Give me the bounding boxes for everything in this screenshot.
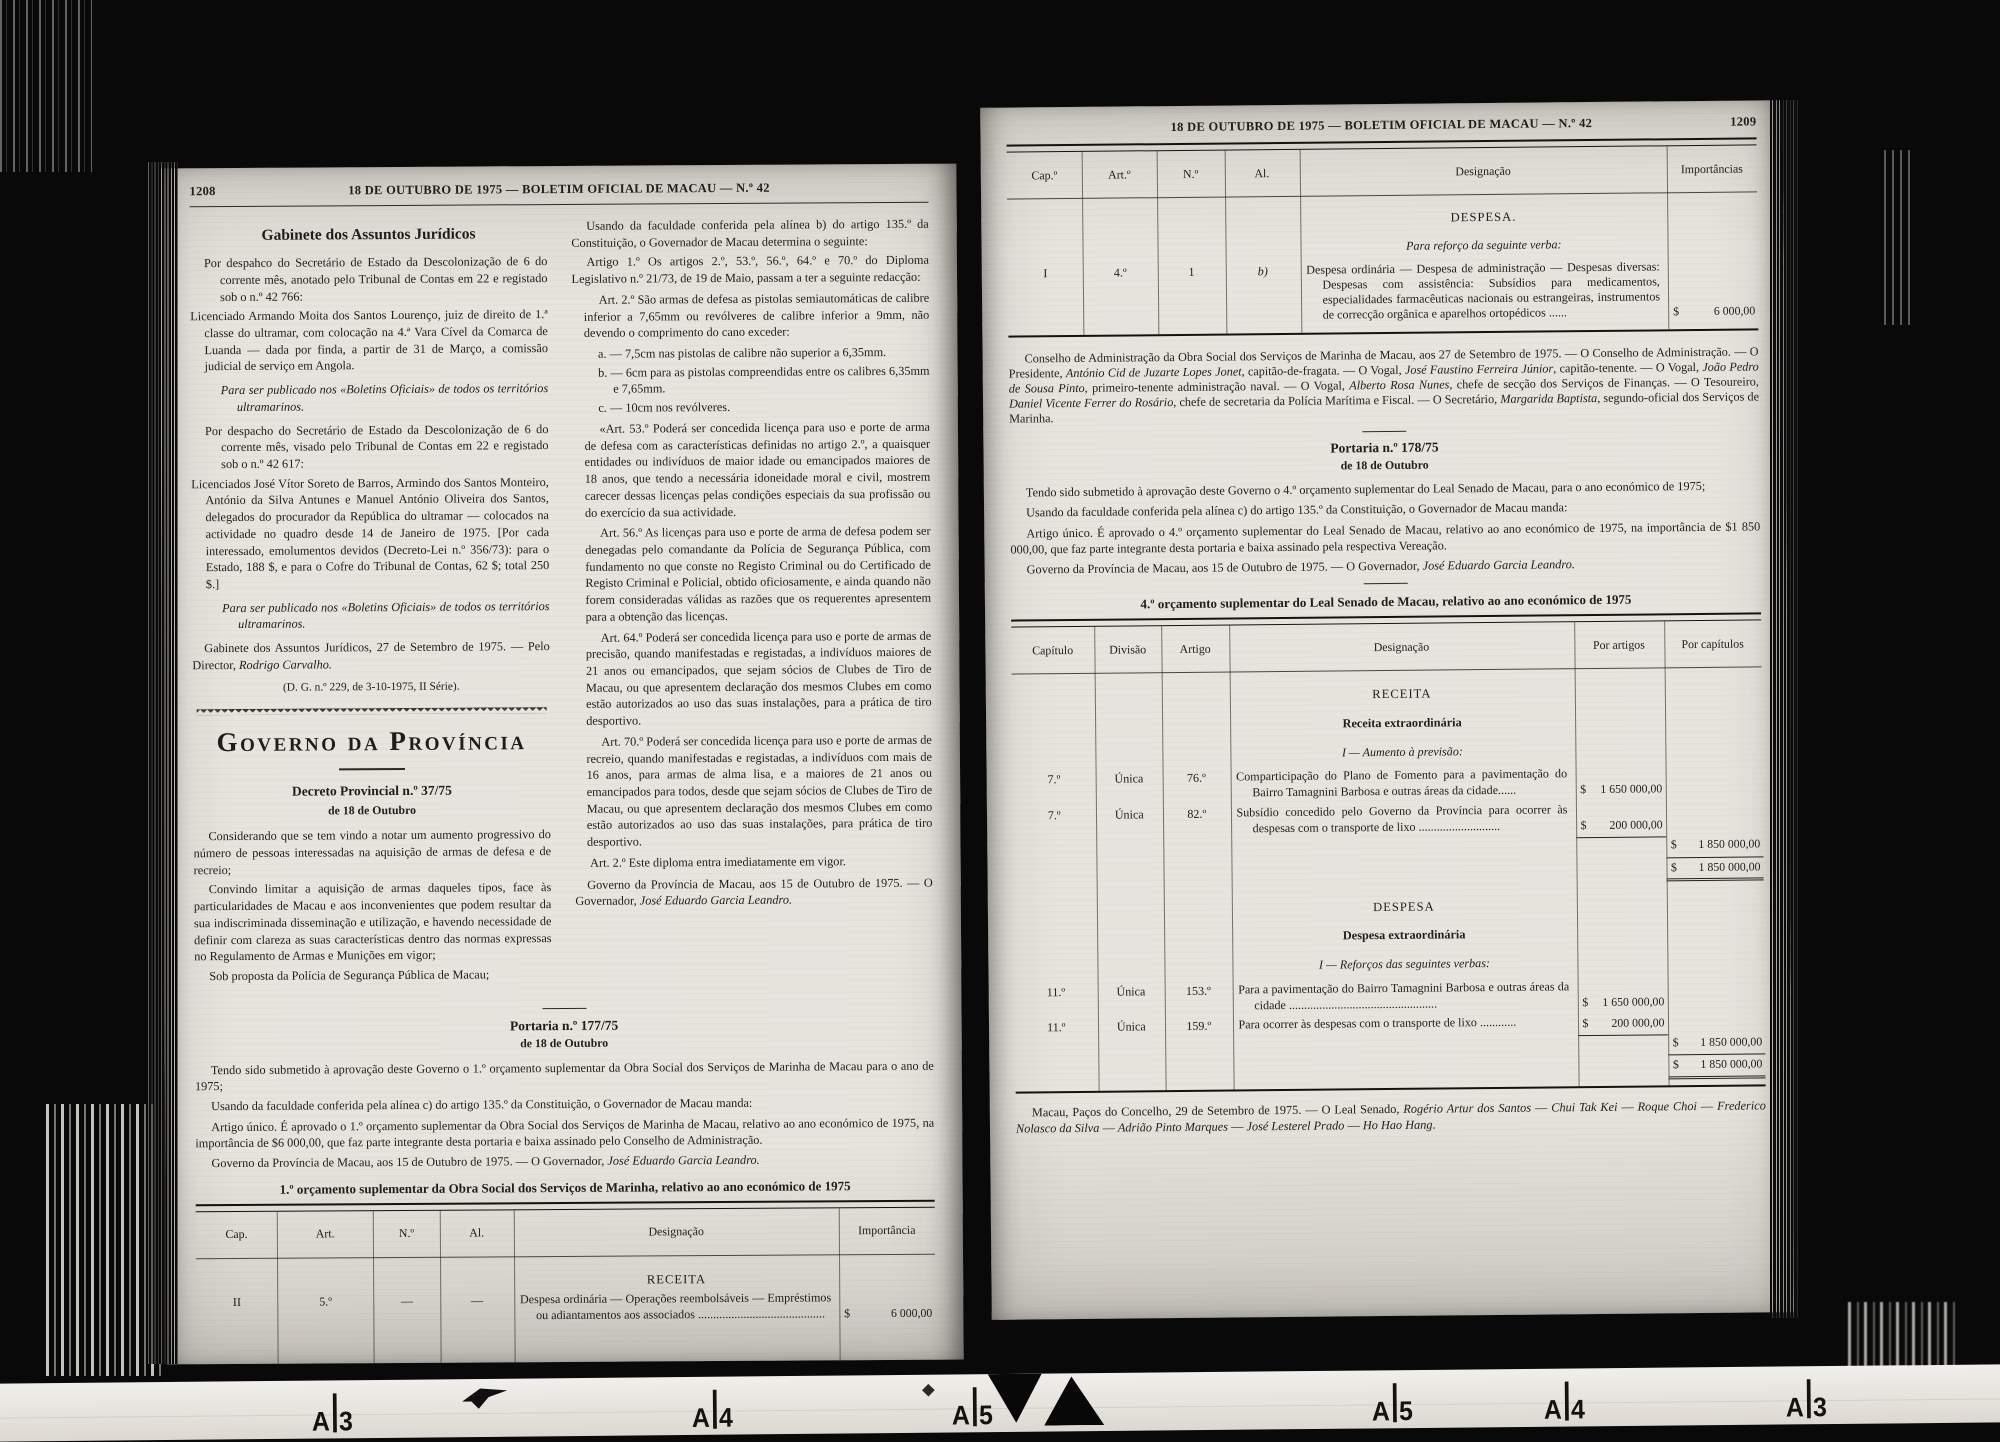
marker-letter: A <box>692 1408 710 1429</box>
cell-por-artigos: $ 200 000,00 <box>1576 815 1666 835</box>
page-right-content: 18 DE OUTUBRO DE 1975 — BOLETIM OFICIAL … <box>980 100 1794 1320</box>
currency-sign: $ <box>1673 1058 1679 1073</box>
cell-art: 82.º <box>1163 803 1231 824</box>
portaria-title: Portaria n.º 177/75 <box>195 1014 934 1036</box>
table-row: I 4.º 1 b) Despesa ordinária — Despesa d… <box>1008 256 1759 327</box>
art2-paragraph: Art. 2.º São armas de defesa as pistolas… <box>584 290 930 342</box>
table-note: Para reforço da seguinte verba: <box>1300 225 1668 261</box>
amount-value: 1 850 000,00 <box>1700 1035 1762 1051</box>
marker-letter: A <box>952 1405 970 1426</box>
art70-paragraph: Art. 70.º Poderá ser concedida licença p… <box>586 732 932 851</box>
budget-table-title: 4.º orçamento suplementar do Leal Senado… <box>1011 591 1761 615</box>
governor-signature: Governo da Província de Macau, aos 15 de… <box>575 874 933 910</box>
two-column-body: Gabinete dos Assuntos Jurídicos Por desp… <box>190 213 934 988</box>
usando-paragraph: Usando da faculdade conferida pela alíne… <box>571 216 929 252</box>
film-diamond-mark <box>922 1384 935 1397</box>
marker-letter: A <box>312 1411 330 1432</box>
cell-cap: 11.º <box>1015 1017 1098 1039</box>
currency-sign: $ <box>844 1307 850 1322</box>
column-header: Al. <box>440 1221 514 1245</box>
gazette-reference: (D. G. n.º 229, de 3-10-1975, II Série). <box>192 679 550 697</box>
table-header-row: Capítulo Divisão Artigo Designação Por a… <box>1011 621 1761 675</box>
cell-designacao: Para a pavimentação do Bairro Tamagnini … <box>1232 977 1577 1016</box>
budget-table-marinha: Cap. Art. N.º Al. Designação Importância… <box>196 1200 936 1365</box>
column-header: Artigo <box>1161 637 1229 661</box>
currency-sign: $ <box>1582 1016 1588 1031</box>
cell-art: 4.º <box>1083 262 1158 283</box>
amount-value: 1 850 000,00 <box>1700 1057 1762 1073</box>
marker-tick <box>1564 1382 1568 1421</box>
divider-zigzag <box>197 707 547 715</box>
cell-amount: $ 6 000,00 <box>839 1304 935 1324</box>
page-number: 1209 <box>1682 114 1756 130</box>
council-signature-paragraph: Conselho de Administração da Obra Social… <box>1009 344 1760 426</box>
header-rule <box>190 202 929 208</box>
por-artigos-rule <box>1576 837 1666 840</box>
table-note: I — Aumento à previsão: <box>1230 732 1575 768</box>
cell-por-artigos: $ 1 650 000,00 <box>1577 992 1667 1012</box>
art2-final-paragraph: Art. 2.º Este diploma entra imediatament… <box>575 853 933 872</box>
film-strip-marker: A5 <box>1372 1383 1413 1422</box>
signature-line: Gabinete dos Assuntos Jurídicos, 27 de S… <box>192 638 550 674</box>
table-section-heading: RECEITA <box>1229 670 1574 707</box>
portaria-paragraph: Usando da faculdade conferida pela alíne… <box>195 1095 934 1115</box>
column-header: Art.º <box>1082 163 1157 187</box>
marker-letter: A <box>1544 1400 1562 1421</box>
column-header: N.º <box>373 1222 440 1246</box>
item-b: b. — 6cm para as pistolas compreendidas … <box>598 362 930 397</box>
running-title: 18 DE OUTUBRO DE 1975 — BOLETIM OFICIAL … <box>1080 115 1682 136</box>
microfilm-frame: 1208 18 DE OUTUBRO DE 1975 — BOLETIM OFI… <box>0 0 2000 1438</box>
art56-paragraph: Art. 56.º As licenças para uso e porte d… <box>585 523 931 625</box>
marker-number: 4 <box>1571 1399 1585 1420</box>
amount-value: 200 000,00 <box>1611 1015 1664 1031</box>
running-title: 18 DE OUTUBRO DE 1975 — BOLETIM OFICIAL … <box>263 180 854 199</box>
column-header: Designação <box>514 1219 839 1244</box>
cell-designacao: Subsídio concedido pelo Governo da Proví… <box>1230 800 1575 839</box>
marker-number: 5 <box>979 1405 993 1426</box>
cell-cap: 11.º <box>1015 982 1098 1004</box>
section-heading: Gabinete dos Assuntos Jurídicos <box>190 223 548 246</box>
cell-por-capitulos: $ 1 850 000,00 <box>1668 1032 1766 1053</box>
cell-total: $ 1 850 000,00 <box>1668 1054 1766 1079</box>
column-1: Gabinete dos Assuntos Jurídicos Por desp… <box>190 215 552 988</box>
currency-sign: $ <box>1582 995 1588 1010</box>
cell-al: b) <box>1225 261 1300 282</box>
publication-note: Para ser publicado nos «Boletins Oficiai… <box>191 380 549 416</box>
currency-sign: $ <box>1581 818 1587 833</box>
column-header: Al. <box>1224 161 1299 185</box>
amount-value: 1 850 000,00 <box>1698 837 1760 853</box>
film-strip-marker: A5 <box>952 1387 993 1426</box>
film-notch <box>988 1374 1042 1427</box>
marker-tick <box>332 1393 336 1432</box>
column-header: Importâncias <box>1667 157 1757 181</box>
marker-number: 4 <box>719 1408 733 1429</box>
amount-value: 1 650 000,00 <box>1602 994 1664 1010</box>
cell-div: Única <box>1097 981 1165 1002</box>
amount-value: 6 000,00 <box>891 1306 932 1322</box>
amount-value: 200 000,00 <box>1609 817 1662 833</box>
table-row: 7.º Única 76.º Comparticipação do Plano … <box>1013 763 1763 806</box>
por-artigos-rule <box>1578 1034 1668 1037</box>
marker-letter: A <box>1372 1401 1390 1422</box>
cell-por-artigos: $ 1 650 000,00 <box>1575 780 1665 800</box>
cell-art: 5.º <box>278 1291 374 1312</box>
table-section-heading: RECEITA <box>514 1255 839 1290</box>
page-left-header: 1208 18 DE OUTUBRO DE 1975 — BOLETIM OFI… <box>189 180 928 200</box>
section-divider <box>1364 583 1408 584</box>
column-header: Importância <box>839 1219 935 1243</box>
film-scratch-bottom-left <box>46 1104 166 1376</box>
page-left: 1208 18 DE OUTUBRO DE 1975 — BOLETIM OFI… <box>159 164 963 1365</box>
section-divider <box>1362 431 1406 432</box>
decree-title: Decreto Provincial n.º 37/75 <box>193 781 551 802</box>
currency-sign: $ <box>1580 783 1586 798</box>
column-header: Art. <box>277 1222 373 1246</box>
table-subsection-heading: Despesa extraordinária <box>1231 915 1576 947</box>
portaria-paragraph: Tendo sido submetido à aprovação deste G… <box>1010 478 1760 501</box>
licenciado-paragraph: Licenciado Armando Moita dos Santos Lour… <box>190 306 548 375</box>
table-section-heading: DESPESA <box>1231 882 1576 919</box>
cell-amount: $ 6 000,00 <box>1668 301 1758 321</box>
table-subsection-heading: Receita extraordinária <box>1229 703 1574 735</box>
budget-table-leal-senado: Capítulo Divisão Artigo Designação Por a… <box>1011 613 1766 1094</box>
cell-art: 76.º <box>1163 768 1231 789</box>
column-header: Divisão <box>1094 638 1162 662</box>
cell-num: 1 <box>1158 262 1226 283</box>
cell-num: — <box>374 1291 441 1312</box>
section-divider <box>542 1008 586 1009</box>
marker-number: 3 <box>339 1411 353 1432</box>
film-scratch-top-left <box>0 0 92 172</box>
currency-sign: $ <box>1673 304 1679 319</box>
cell-art: 153.º <box>1165 980 1233 1001</box>
page-right-header: 18 DE OUTUBRO DE 1975 — BOLETIM OFICIAL … <box>1006 114 1756 136</box>
publication-note: Para ser publicado nos «Boletins Oficiai… <box>192 598 550 634</box>
marker-letter: A <box>1786 1397 1804 1418</box>
despacho-paragraph: Por despacho do Secretário de Estado da … <box>191 421 549 473</box>
table-header-row: Cap.º Art.º N.º Al. Designação Importânc… <box>1007 145 1757 199</box>
despacho-paragraph: Por despahco do Secretário de Estado da … <box>190 253 548 305</box>
column-header: Cap.º <box>1007 163 1082 187</box>
cell-div: Única <box>1097 1017 1165 1038</box>
portaria-177-section: Portaria n.º 177/75 de 18 de Outubro Ten… <box>194 1005 935 1364</box>
page-right: 18 DE OUTUBRO DE 1975 — BOLETIM OFICIAL … <box>980 100 1794 1320</box>
column-header: Capítulo <box>1011 638 1094 662</box>
cell-total: $ 1 850 000,00 <box>1666 856 1764 881</box>
table-row: II 5.º — — Despesa ordinária — Operações… <box>196 1288 935 1328</box>
government-heading: Governo da Província <box>193 722 551 761</box>
table-row: 7.º Única 82.º Subsídio concedido pelo G… <box>1013 798 1763 841</box>
cell-div: Única <box>1095 769 1163 790</box>
currency-sign: $ <box>1671 837 1677 852</box>
table-header-row: Cap. Art. N.º Al. Designação Importância <box>196 1208 935 1260</box>
portaria-paragraph: Tendo sido submetido à aprovação deste G… <box>195 1058 934 1094</box>
item-a: a. — 7,5cm nas pistolas de calibre não s… <box>598 344 930 363</box>
artigo1-paragraph: Artigo 1.º Os artigos 2.º, 53.º, 56.º, 6… <box>571 252 929 288</box>
marker-number: 3 <box>1813 1397 1827 1418</box>
cell-cap: II <box>196 1292 277 1313</box>
art64-paragraph: Art. 64.º Poderá ser concedida licença p… <box>586 627 932 729</box>
heading-rule <box>339 768 405 770</box>
currency-sign: $ <box>1673 1035 1679 1050</box>
cell-designacao: Despesa ordinária — Despesa de administr… <box>1300 257 1668 325</box>
page-left-content: 1208 18 DE OUTUBRO DE 1975 — BOLETIM OFI… <box>159 164 963 1365</box>
table-note: I — Reforços das seguintes verbas: <box>1232 944 1577 980</box>
film-notch <box>1044 1373 1104 1426</box>
cell-cap: 7.º <box>1013 769 1096 791</box>
marker-tick <box>1392 1383 1396 1422</box>
column-header: Cap. <box>196 1223 277 1247</box>
film-strip-marker: A3 <box>312 1393 353 1432</box>
cell-por-artigos: $ 200 000,00 <box>1577 1013 1667 1033</box>
header-spacer <box>1006 132 1080 133</box>
marker-number: 5 <box>1399 1401 1413 1422</box>
portaria-paragraph: Artigo único. É aprovado o 4.º orçamento… <box>1010 519 1760 558</box>
cell-cap: I <box>1008 263 1083 284</box>
marker-tick <box>712 1390 716 1429</box>
cell-por-capitulos: $ 1 850 000,00 <box>1666 834 1764 855</box>
table-row: 11.º Única 153.º Para a pavimentação do … <box>1015 975 1765 1018</box>
table-section-heading: DESPESA. <box>1300 193 1668 229</box>
cell-cap: 7.º <box>1013 805 1096 827</box>
cell-designacao: Comparticipação do Plano de Fomento para… <box>1230 765 1575 804</box>
film-arrow-mark <box>461 1385 509 1410</box>
film-strip-marker: A3 <box>1786 1379 1827 1418</box>
portaria-178-section: Tendo sido submetido à aprovação deste G… <box>1010 478 1766 1137</box>
cell-designacao: Despesa ordinária — Operações reembolsáv… <box>514 1289 839 1326</box>
film-scratch-right <box>1884 150 1910 325</box>
marker-tick <box>972 1387 976 1426</box>
art53-paragraph: «Art. 53.º Poderá ser concedida licença … <box>584 419 930 521</box>
cell-art: 159.º <box>1165 1016 1233 1037</box>
governor-signature: Governo da Província de Macau, aos 15 de… <box>195 1152 934 1172</box>
budget-table-despesa: Cap.º Art.º N.º Al. Designação Importânc… <box>1007 137 1759 337</box>
column-header: Designação <box>1229 634 1574 661</box>
amount-value: 1 650 000,00 <box>1600 782 1662 798</box>
decree-date: de 18 de Outubro <box>193 801 551 819</box>
cell-div: Única <box>1095 804 1163 825</box>
senate-signature-paragraph: Macau, Paços do Concelho, 29 de Setembro… <box>1016 1098 1766 1137</box>
convindo-paragraph: Convindo limitar a aquisição de armas da… <box>194 879 552 965</box>
currency-sign: $ <box>1671 860 1677 875</box>
portaria-paragraph: Artigo único. É aprovado o 1.º orçamento… <box>195 1115 934 1151</box>
governor-signature: Governo da Província de Macau, aos 15 de… <box>1011 556 1761 579</box>
portaria-paragraph: Usando da faculdade conferida pela alíne… <box>1010 499 1760 522</box>
licenciados-paragraph: Licenciados José Vítor Soreto de Barros,… <box>191 474 549 593</box>
amount-value: 1 850 000,00 <box>1699 859 1761 875</box>
film-strip-marker: A4 <box>692 1390 733 1429</box>
cell-al: — <box>440 1291 514 1312</box>
amount-value: 6 000,00 <box>1714 303 1755 318</box>
budget-table-title: 1.º orçamento suplementar da Obra Social… <box>196 1178 935 1199</box>
column-header: Designação <box>1299 158 1667 185</box>
column-header: Por capítulos <box>1664 632 1762 656</box>
portaria-date: de 18 de Outubro <box>195 1034 934 1054</box>
considerando-paragraph: Considerando que se tem vindo a notar um… <box>193 826 551 878</box>
column-2: Usando da faculdade conferida pela alíne… <box>571 213 933 986</box>
film-strip: A3 A4 A5 A5 A4 A3 <box>0 1364 2000 1438</box>
item-c: c. — 10cm nos revólveres. <box>598 398 930 417</box>
film-strip-marker: A4 <box>1544 1381 1585 1420</box>
proposta-paragraph: Sob proposta da Polícia de Segurança Púb… <box>194 966 552 985</box>
column-header: N.º <box>1157 162 1225 186</box>
marker-tick <box>1806 1379 1810 1418</box>
page-number: 1208 <box>189 184 263 199</box>
column-header: Por artigos <box>1574 633 1664 657</box>
cell-designacao: Para ocorrer às despesas com o transport… <box>1232 1013 1577 1036</box>
